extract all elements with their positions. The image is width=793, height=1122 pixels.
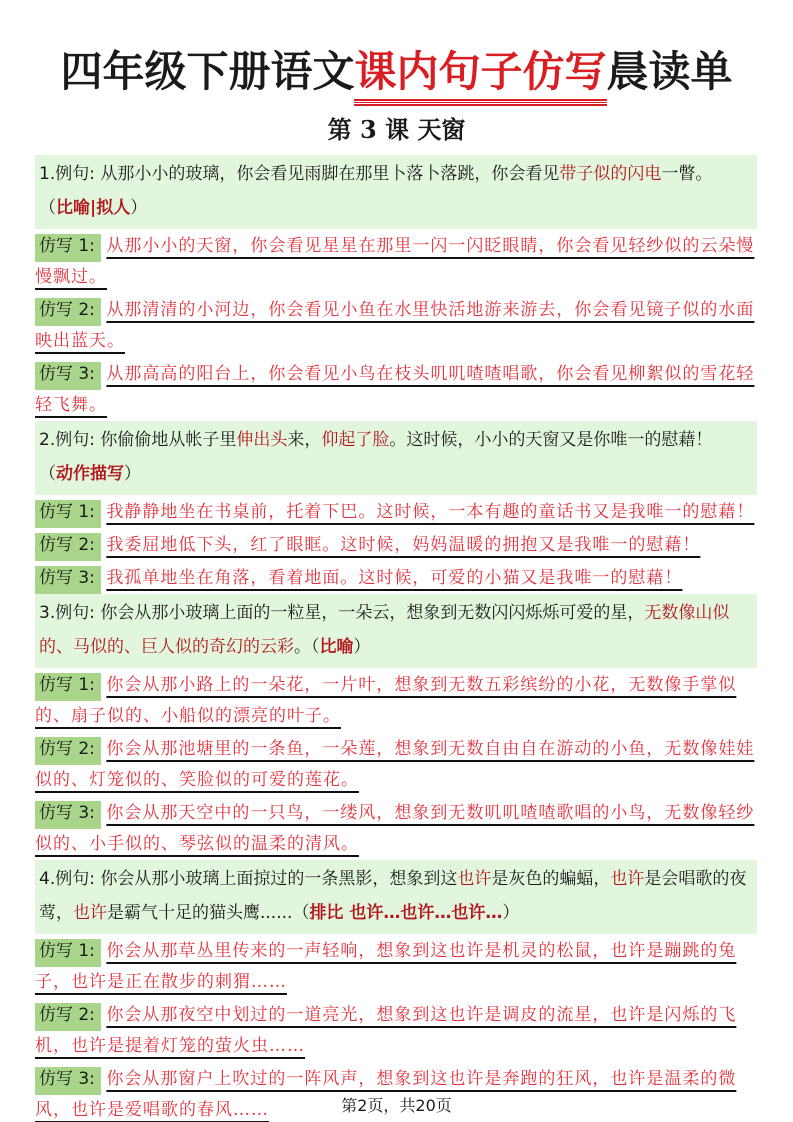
imitation-text: 你会从那小路上的一朵花，一片叶，想象到无数五彩缤纷的小花，无数像手掌似的、扇子似… — [35, 675, 736, 726]
imitation-sentence: 仿写 1: 你会从那小路上的一朵花，一片叶，想象到无数五彩缤纷的小花，无数像手掌… — [35, 670, 757, 732]
imitation-label: 仿写 1: — [35, 673, 101, 701]
imitation-text: 从那高高的阳台上，你会看见小鸟在枝头叽叽喳喳唱歌，你会看见柳絮似的雪花轻轻飞舞。 — [35, 364, 754, 415]
tag-close-paren: ） — [130, 198, 147, 218]
imitation-sentence: 仿写 3: 你会从那天空中的一只鸟，一缕风，想象到无数叽叽喳喳歌唱的小鸟，无数像… — [35, 798, 757, 860]
rhetoric-tag: 比喻 — [320, 637, 354, 657]
imitation-label: 仿写 2: — [35, 737, 101, 765]
imitation-text: 你会从那天空中的一只鸟，一缕风，想象到无数叽叽喳喳歌唱的小鸟，无数像轻纱似的、小… — [35, 803, 754, 854]
example-text: 来， — [287, 430, 321, 450]
imitation-sentence: 仿写 2: 我委屈地低下头，红了眼眶。这时候，妈妈温暖的拥抱又是我唯一的慰藉！ — [35, 530, 757, 561]
rhetoric-tag: 动作描写 — [56, 464, 124, 484]
example-sentence: 1.例句: 从那小小的玻璃，你会看见雨脚在那里卜落卜落跳，你会看见带子似的闪电一… — [35, 155, 757, 229]
tag-open-paren: （ — [311, 637, 320, 657]
highlighted-phrase: 带子似的闪电 — [559, 164, 661, 184]
example-text: 你偷偷地从帐子里 — [95, 430, 236, 450]
example-sentence: 2.例句: 你偷偷地从帐子里伸出头来，仰起了脸。这时候，小小的天窗又是你唯一的慰… — [35, 421, 757, 495]
highlighted-phrase: 伸出头 — [236, 430, 287, 450]
title-highlight: 课内句子仿写 — [354, 44, 606, 100]
imitation-sentence: 仿写 1: 你会从那草丛里传来的一声轻响，想象到这也许是机灵的松鼠，也许是蹦跳的… — [35, 936, 757, 998]
imitation-label: 仿写 2: — [35, 533, 101, 561]
imitation-text: 从那小小的天窗，你会看见星星在那里一闪一闪眨眼睛，你会看见轻纱似的云朵慢慢飘过。 — [35, 236, 754, 287]
example-sentence: 4.例句: 你会从那小玻璃上面掠过的一条黑影，想象到这也许是灰色的蝙蝠，也许是会… — [35, 860, 757, 934]
example-text: 是霸气十足的猫头鹰...... — [107, 903, 292, 923]
lesson-subtitle: 第 3 课 天窗 — [0, 114, 793, 146]
tag-close-paren: ） — [354, 637, 371, 657]
imitation-label: 仿写 3: — [35, 801, 101, 829]
tag-open-paren: （ — [292, 903, 309, 923]
example-number: 4.例句: — [39, 869, 95, 889]
highlighted-phrase: 仰起了脸 — [321, 430, 389, 450]
imitation-label: 仿写 3: — [35, 566, 101, 594]
imitation-text: 我孤单地坐在角落，看着地面。这时候，可爱的小猫又是我唯一的慰藉！ — [106, 568, 682, 588]
imitation-label: 仿写 1: — [35, 500, 101, 528]
worksheet-content: 1.例句: 从那小小的玻璃，你会看见雨脚在那里卜落卜落跳，你会看见带子似的闪电一… — [35, 155, 757, 1122]
rhetoric-tag: 比喻|拟人 — [56, 198, 130, 218]
imitation-sentence: 仿写 3: 我孤单地坐在角落，看着地面。这时候，可爱的小猫又是我唯一的慰藉！ — [35, 563, 757, 594]
imitation-text: 你会从那草丛里传来的一声轻响，想象到这也许是机灵的松鼠，也许是蹦跳的兔子，也许是… — [35, 941, 736, 992]
imitation-label: 仿写 1: — [35, 939, 101, 967]
title-suffix: 晨读单 — [607, 47, 733, 96]
imitation-sentence: 仿写 2: 你会从那夜空中划过的一道亮光，想象到这也许是调皮的流星，也许是闪烁的… — [35, 1000, 757, 1062]
example-text: 从那小小的玻璃，你会看见雨脚在那里卜落卜落跳，你会看见 — [95, 164, 559, 184]
imitation-sentence: 仿写 2: 你会从那池塘里的一条鱼，一朵莲，想象到无数自由自在游动的小鱼，无数像… — [35, 734, 757, 796]
example-text: 。这时候，小小的天窗又是你唯一的慰藉！ — [389, 430, 712, 450]
tag-open-paren: （ — [39, 198, 56, 218]
imitation-text: 我静静地坐在书桌前，托着下巴。这时候，一本有趣的童话书又是我唯一的慰藉！ — [106, 502, 754, 522]
tag-close-paren: ） — [124, 464, 141, 484]
imitation-label: 仿写 2: — [35, 298, 101, 326]
tag-open-paren: （ — [39, 464, 56, 484]
imitation-text: 你会从那夜空中划过的一道亮光，想象到这也许是调皮的流星，也许是闪烁的飞机，也许是… — [35, 1005, 736, 1056]
rhetoric-tag: 排比 也许…也许…也许… — [309, 903, 502, 923]
example-text: 你会从那小玻璃上面的一粒星，一朵云，想象到无数闪闪烁烁可爱的星， — [95, 603, 644, 623]
imitation-label: 仿写 2: — [35, 1003, 101, 1031]
title-prefix: 四年级下册语文 — [60, 47, 354, 96]
imitation-sentence: 仿写 2: 从那清清的小河边，你会看见小鱼在水里快活地游来游去，你会看见镜子似的… — [35, 295, 757, 357]
imitation-label: 仿写 1: — [35, 234, 101, 262]
example-sentence: 3.例句: 你会从那小玻璃上面的一粒星，一朵云，想象到无数闪闪烁烁可爱的星，无数… — [35, 594, 757, 668]
imitation-label: 仿写 3: — [35, 1067, 101, 1095]
page-title: 四年级下册语文课内句子仿写晨读单 — [0, 44, 793, 100]
imitation-sentence: 仿写 1: 我静静地坐在书桌前，托着下巴。这时候，一本有趣的童话书又是我唯一的慰… — [35, 497, 757, 528]
imitation-text: 我委屈地低下头，红了眼眶。这时候，妈妈温暖的拥抱又是我唯一的慰藉！ — [106, 535, 700, 555]
example-number: 1.例句: — [39, 164, 95, 184]
example-text: 一瞥。 — [661, 164, 712, 184]
imitation-text: 从那清清的小河边，你会看见小鱼在水里快活地游来游去，你会看见镜子似的水面映出蓝天… — [35, 300, 754, 351]
highlighted-phrase: 也许 — [73, 903, 107, 923]
imitation-text: 你会从那池塘里的一条鱼，一朵莲，想象到无数自由自在游动的小鱼，无数像娃娃似的、灯… — [35, 739, 754, 790]
example-text: 是灰色的蝙蝠， — [491, 869, 610, 889]
imitation-sentence: 仿写 3: 从那高高的阳台上，你会看见小鸟在枝头叽叽喳喳唱歌，你会看见柳絮似的雪… — [35, 359, 757, 421]
imitation-label: 仿写 3: — [35, 362, 101, 390]
example-number: 2.例句: — [39, 430, 95, 450]
example-text: 。 — [294, 637, 311, 657]
example-number: 3.例句: — [39, 603, 95, 623]
imitation-sentence: 仿写 1: 从那小小的天窗，你会看见星星在那里一闪一闪眨眼睛，你会看见轻纱似的云… — [35, 231, 757, 293]
example-text: 你会从那小玻璃上面掠过的一条黑影，想象到这 — [95, 869, 457, 889]
highlighted-phrase: 也许 — [610, 869, 644, 889]
page-number: 第2页，共20页 — [0, 1093, 793, 1116]
tag-close-paren: ） — [502, 903, 519, 923]
highlighted-phrase: 也许 — [457, 869, 491, 889]
